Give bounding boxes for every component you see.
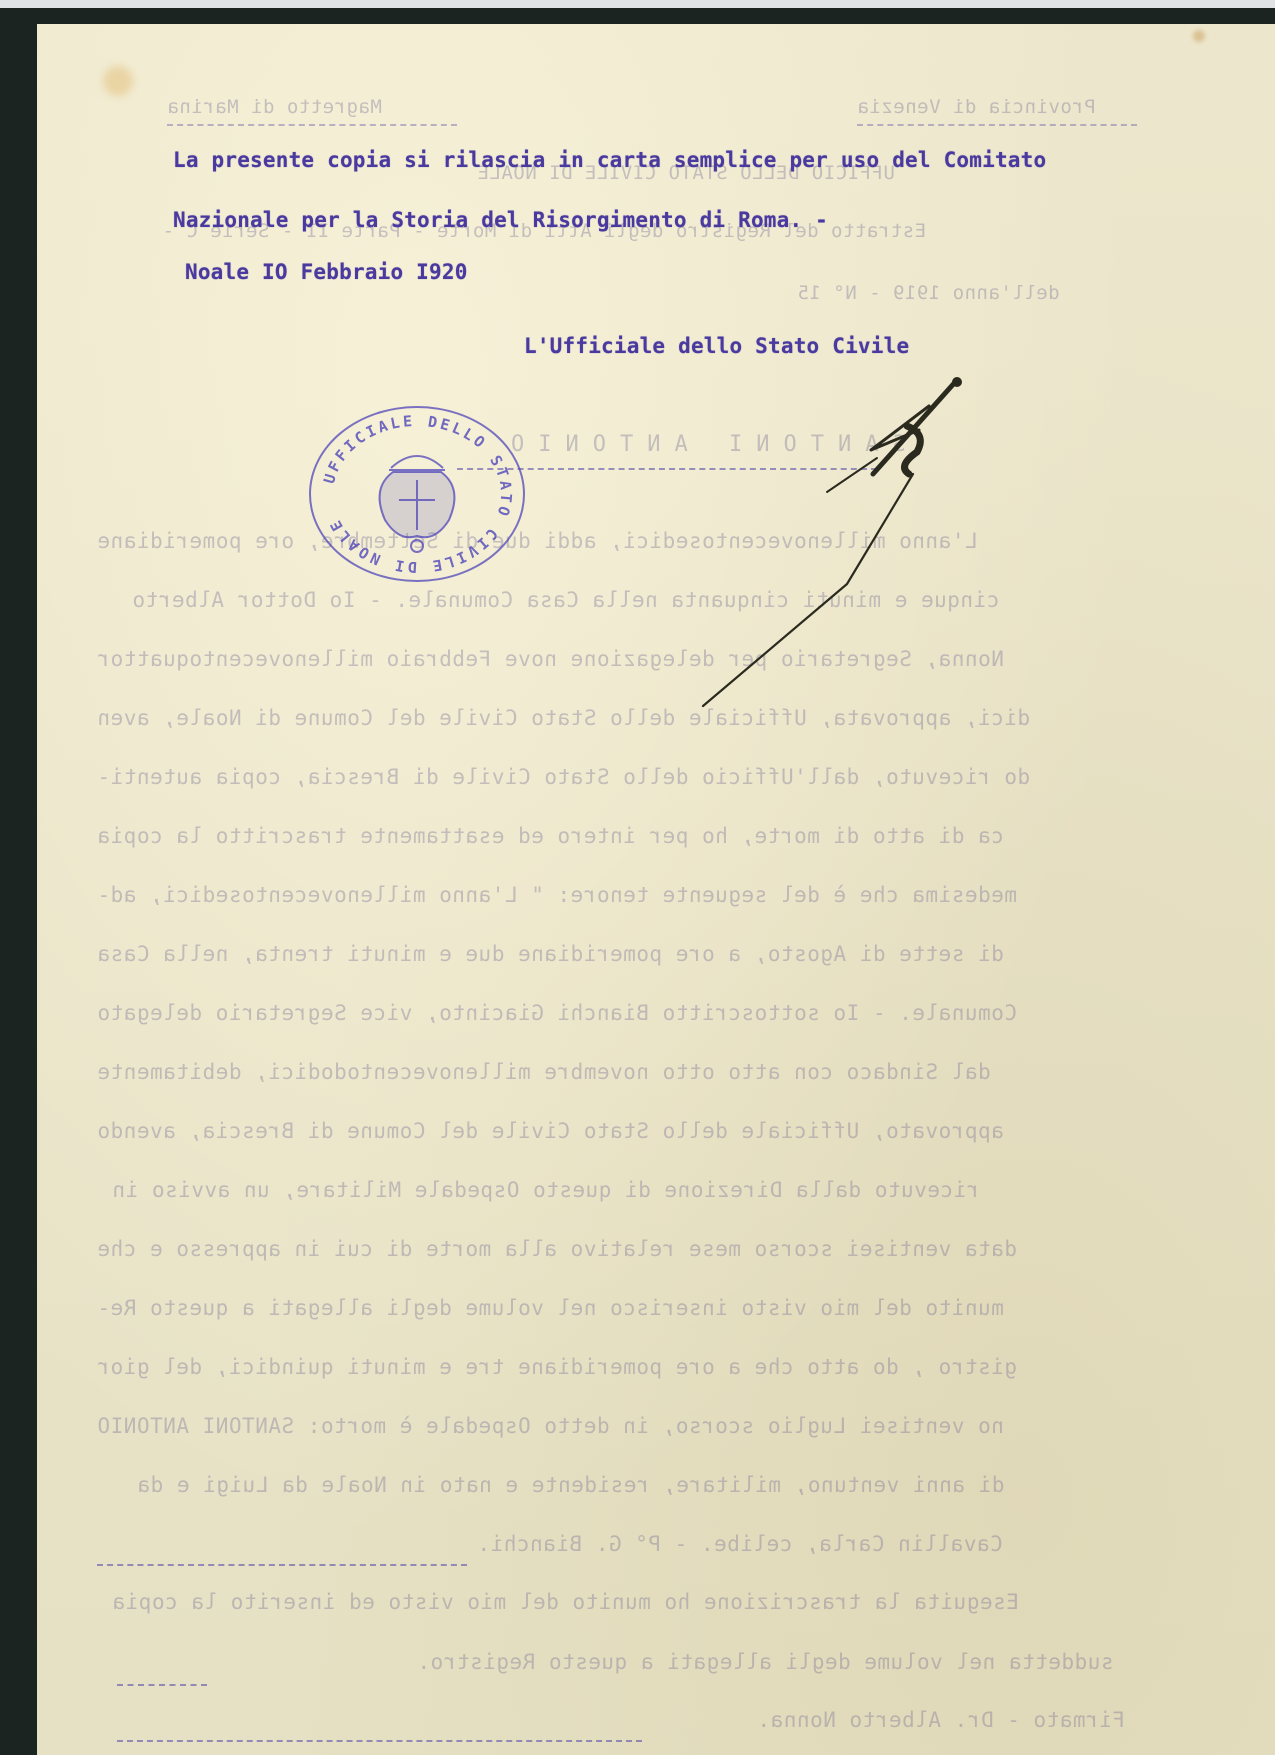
scan-top-edge xyxy=(0,0,1275,8)
ghost-line: suddetta nel volume degli allegati a que… xyxy=(417,1650,1114,1674)
ghost-line: Comunale. - Io sottoscritto Bianchi Giac… xyxy=(97,1001,1017,1025)
ghost-line: ricevuto dalla Direzione di questo Osped… xyxy=(112,1178,979,1202)
ghost-rule xyxy=(97,1564,467,1566)
ghost-rule xyxy=(857,124,1137,126)
paper-stain xyxy=(103,66,133,96)
ghost-line: dal Sindaco con atto otto novembre mille… xyxy=(97,1060,991,1084)
ghost-line: munito del mio visto inserisco nel volum… xyxy=(97,1296,1004,1320)
ghost-line: Eseguita la trascrizione ho munito del m… xyxy=(112,1590,1019,1614)
document-page: Magretto di Marina Provincia di Venezia … xyxy=(37,24,1275,1755)
notice-line-1: La presente copia si rilascia in carta s… xyxy=(173,148,1046,172)
ghost-line: do ricevuto, dall'Ufficio dello Stato Ci… xyxy=(97,765,1030,789)
handwritten-signature xyxy=(657,374,997,734)
ghost-line: data ventisei scorso mese relativo alla … xyxy=(97,1237,1017,1261)
officer-title: L'Ufficiale dello Stato Civile xyxy=(524,334,909,358)
notice-line-2: Nazionale per la Storia del Risorgimento… xyxy=(173,208,828,232)
ghost-header-right: Provincia di Venezia xyxy=(857,96,1096,118)
ghost-line: Firmato - Dr. Alberto Nonna. xyxy=(757,1708,1125,1732)
ghost-line: approvato, Ufficiale dello Stato Civile … xyxy=(97,1119,1004,1143)
ghost-line: Cavallin Carla, celibe. - P° G. Bianchi. xyxy=(477,1532,1003,1556)
ghost-year-line: dell'anno 1919 - N° 15 xyxy=(797,282,1060,304)
paper-stain xyxy=(1193,30,1205,42)
ghost-line: no ventisei Luglio scorso, in detto Ospe… xyxy=(97,1414,1004,1438)
place-date: Noale IO Febbraio I920 xyxy=(185,260,468,284)
ghost-header-left: Magretto di Marina xyxy=(167,96,382,118)
ghost-line: medesima che è del seguente tenore: " L'… xyxy=(97,883,1017,907)
ghost-rule xyxy=(117,1684,207,1686)
ghost-line: di anni ventuno, militare, residente e n… xyxy=(137,1473,1004,1497)
ghost-rule xyxy=(167,124,457,126)
ghost-line: gistro , do atto che a ore pomeridiane t… xyxy=(97,1355,1017,1379)
ghost-rule xyxy=(117,1740,642,1742)
ghost-line: di sette di Agosto, a ore pomeridiane du… xyxy=(97,942,1004,966)
ghost-line: ca di atto di morte, ho per intero ed es… xyxy=(97,824,1004,848)
official-stamp: UFFICIALE DELLO STATO CIVILE DI NOALE xyxy=(309,406,525,582)
coat-of-arms-icon: UFFICIALE DELLO STATO CIVILE DI NOALE xyxy=(311,408,523,580)
